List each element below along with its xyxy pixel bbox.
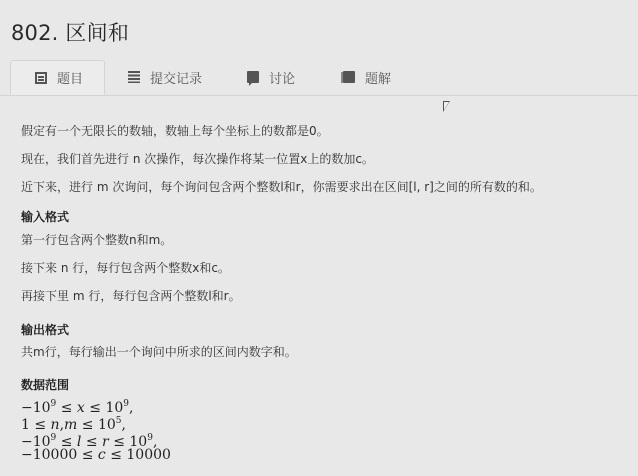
input-format-heading: 输入格式 xyxy=(21,208,69,225)
constraint-c: −10000 ≤ c ≤ 10000 xyxy=(21,448,171,463)
input-format-line: 接下来 n 行，每行包含两个整数x和c。 xyxy=(21,259,230,277)
output-format-line: 共m行，每行输出一个询问中所求的区间内数字和。 xyxy=(21,343,297,361)
tab-bar: 题目 提交记录 讨论 题解 xyxy=(0,60,638,96)
description-paragraph: 假定有一个无限长的数轴，数轴上每个坐标上的数都是0。 xyxy=(21,122,329,140)
document-icon xyxy=(35,72,47,84)
description-paragraph: 现在，我们首先进行 n 次操作，每次操作将某一位置x上的数加c。 xyxy=(21,150,374,168)
tab-solutions[interactable]: 题解 xyxy=(343,60,391,94)
tab-problem[interactable]: 题目 xyxy=(10,60,105,95)
mouse-cursor-icon xyxy=(443,101,450,112)
tab-label: 题目 xyxy=(57,68,83,87)
tab-label: 讨论 xyxy=(269,68,295,87)
data-range-heading: 数据范围 xyxy=(21,376,69,393)
book-icon xyxy=(343,71,355,83)
page-title: 802. 区间和 xyxy=(11,17,129,47)
chat-icon xyxy=(247,71,259,83)
description-paragraph: 近下来，进行 m 次询问，每个询问包含两个整数l和r，你需要求出在区间[l, r… xyxy=(21,178,542,196)
list-icon xyxy=(128,71,140,83)
tab-submissions[interactable]: 提交记录 xyxy=(128,60,202,94)
output-format-heading: 输出格式 xyxy=(21,321,69,338)
input-format-line: 第一行包含两个整数n和m。 xyxy=(21,231,172,249)
input-format-line: 再接下里 m 行，每行包含两个整数l和r。 xyxy=(21,287,241,305)
tab-label: 提交记录 xyxy=(150,68,202,87)
tab-discussion[interactable]: 讨论 xyxy=(247,60,295,94)
tab-label: 题解 xyxy=(365,68,391,87)
